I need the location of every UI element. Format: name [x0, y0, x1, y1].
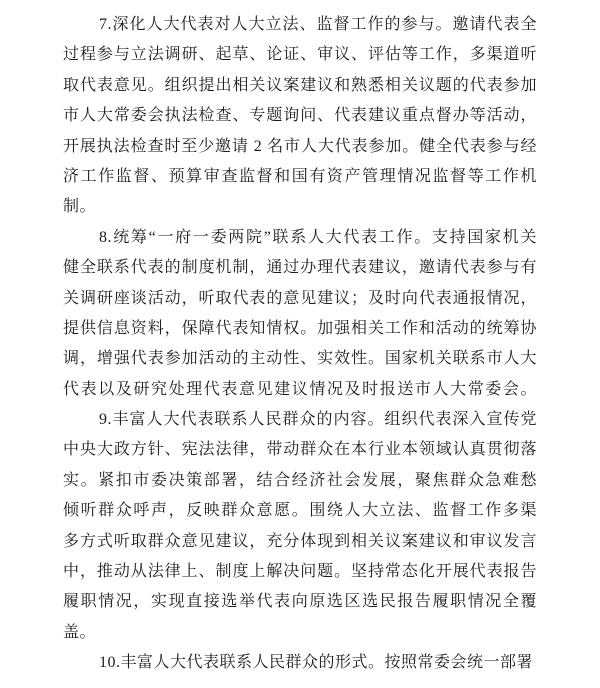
text-line: 关调研座谈活动，听取代表的意见建议；及时向代表通报情况， [63, 284, 537, 314]
text-line: 取代表意见。组织提出相关议案建议和熟悉相关议题的代表参加 [63, 71, 537, 101]
paragraph-9: 9.丰富人大代表联系人民群众的内容。组织代表深入宣传党中央大政方针、宪法法律，带… [63, 405, 537, 648]
paragraph-10: 10.丰富人大代表联系人民群众的形式。按照常委会统一部署 [63, 648, 537, 678]
text-line: 实。紧扣市委决策部署，结合经济社会发展，聚焦群众急难愁盼， [63, 466, 537, 496]
text-line: 健全联系代表的制度机制，通过办理代表建议，邀请代表参与有 [63, 253, 537, 283]
text-line: 市人大常委会执法检查、专题询问、代表建议重点督办等活动， [63, 101, 537, 131]
text-line: 履职情况，实现直接选举代表向原选区选民报告履职情况全覆 [63, 587, 537, 617]
document-page: 7.深化人大代表对人大立法、监督工作的参与。邀请代表全过程参与立法调研、起草、论… [0, 0, 600, 688]
text-line: 10.丰富人大代表联系人民群众的形式。按照常委会统一部署 [63, 648, 537, 678]
text-line: 开展执法检查时至少邀请 2 名市人大代表参加。健全代表参与经 [63, 132, 537, 162]
text-line: 调，增强代表参加活动的主动性、实效性。国家机关联系市人大 [63, 344, 537, 374]
text-line: 倾听群众呼声，反映群众意愿。围绕人大立法、监督工作多渠道、 [63, 496, 537, 526]
text-line: 中，推动从法律上、制度上解决问题。坚持常态化开展代表报告 [63, 557, 537, 587]
text-line: 中央大政方针、宪法法律，带动群众在本行业本领域认真贯彻落 [63, 435, 537, 465]
text-line: 过程参与立法调研、起草、论证、审议、评估等工作，多渠道听 [63, 40, 537, 70]
text-line: 多方式听取群众意见建议，充分体现到相关议案建议和审议发言 [63, 527, 537, 557]
text-line: 济工作监督、预算审查监督和国有资产管理情况监督等工作机 [63, 162, 537, 192]
text-line: 7.深化人大代表对人大立法、监督工作的参与。邀请代表全 [63, 10, 537, 40]
paragraph-7: 7.深化人大代表对人大立法、监督工作的参与。邀请代表全过程参与立法调研、起草、论… [63, 10, 537, 223]
document-text-block: 7.深化人大代表对人大立法、监督工作的参与。邀请代表全过程参与立法调研、起草、论… [63, 10, 537, 679]
paragraph-8: 8.统筹“一府一委两院”联系人大代表工作。支持国家机关健全联系代表的制度机制，通… [63, 223, 537, 405]
text-line: 8.统筹“一府一委两院”联系人大代表工作。支持国家机关 [63, 223, 537, 253]
text-line: 制。 [63, 192, 537, 222]
text-line: 代表以及研究处理代表意见建议情况及时报送市人大常委会。 [63, 375, 537, 405]
text-line: 盖。 [63, 618, 537, 648]
text-line: 提供信息资料，保障代表知情权。加强相关工作和活动的统筹协 [63, 314, 537, 344]
text-line: 9.丰富人大代表联系人民群众的内容。组织代表深入宣传党 [63, 405, 537, 435]
